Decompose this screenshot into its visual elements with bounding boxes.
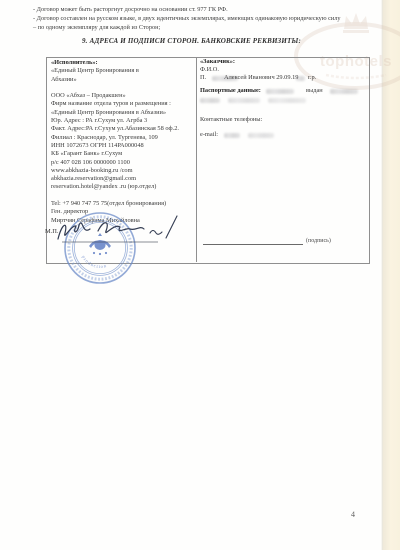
executor-line: abkhazia.reservation@gmail.com: [51, 175, 193, 183]
executor-line: КБ «Гарант Банк» г.Сухум: [51, 150, 193, 158]
executor-line: «Единый Центр Бронирования в: [51, 67, 193, 75]
customer-fio-label: Ф.И.О.: [200, 66, 219, 73]
customer-header: «Заказчик»:: [200, 58, 235, 65]
director-handwritten-signature: [38, 213, 208, 258]
executor-line: [51, 84, 193, 92]
redacted-birth-year: [296, 76, 305, 81]
preamble-line: - Договор может быть расторгнут досрочно…: [33, 5, 373, 14]
executor-header: «Исполнитель»:: [51, 59, 193, 67]
customer-signature-line: [203, 244, 303, 245]
signature-initials: [150, 231, 162, 235]
executor-line: www.abkhazia-booking.ru /com: [51, 167, 193, 175]
page-number: 4: [351, 510, 355, 519]
signature-caption: (подпись): [306, 238, 331, 244]
executor-line: «Единый Центр Бронирования в Абхазии»: [51, 109, 193, 117]
executor-line: р/с 407 028 106 0000000 1100: [51, 159, 193, 167]
preamble-line: – по одному экземпляру для каждой из Сто…: [33, 23, 373, 32]
preamble-line: - Договор составлен на русском языке, в …: [33, 14, 373, 23]
redacted-passport-series: [266, 89, 294, 94]
redacted-email-a: [224, 133, 240, 138]
executor-line: ИНН 1072673 ОГРН 114РА000048: [51, 142, 193, 150]
redacted-passport-line2c: [268, 98, 306, 103]
executor-line: Филиал : Краснодар, ул. Тургенева, 109: [51, 134, 193, 142]
redacted-passport-line2b: [228, 98, 260, 103]
customer-name: Алексей Иванович 29.09.19: [224, 74, 298, 81]
executor-line: Фирм название отдела туров и размещения …: [51, 100, 193, 108]
scanned-contract-page: { "page": { "number": "4" }, "preamble":…: [0, 0, 400, 550]
executor-line: Абхазии»: [51, 76, 193, 84]
signature-stroke-2: [98, 223, 144, 233]
signature-stroke-1: [58, 223, 90, 239]
contract-preamble: - Договор может быть расторгнут досрочно…: [33, 5, 373, 32]
redacted-passport-line2a: [200, 98, 220, 103]
signature-flourish: [166, 216, 177, 238]
redacted-email-b: [248, 133, 274, 138]
executor-line: ООО «Абхаз – Продакшен»: [51, 92, 193, 100]
customer-name-prefix: П.: [200, 74, 206, 81]
executor-line: [51, 192, 193, 200]
passport-label: Паспортные данные:: [200, 87, 261, 94]
email-label: e-mail:: [200, 131, 218, 138]
executor-line: Юр. Адрес : РА г.Сухум ул. Агрба 3: [51, 117, 193, 125]
executor-line: reservation.hotel@yandex .ru (юр.отдел): [51, 183, 193, 191]
executor-line: Факт. Адрес:РА г.Сухум ул.Абазинская 58 …: [51, 125, 193, 133]
contacts-label: Контактные телефоны:: [200, 116, 262, 123]
redacted-passport-issuer: [330, 89, 358, 94]
executor-column: «Исполнитель»: «Единый Центр Бронировани…: [51, 59, 193, 225]
passport-word: выдан: [306, 87, 323, 94]
customer-name-suffix: г.р.: [308, 74, 316, 81]
section-title: 9. АДРЕСА И ПОДПИСИ СТОРОН. БАНКОВСКИЕ Р…: [0, 37, 383, 45]
